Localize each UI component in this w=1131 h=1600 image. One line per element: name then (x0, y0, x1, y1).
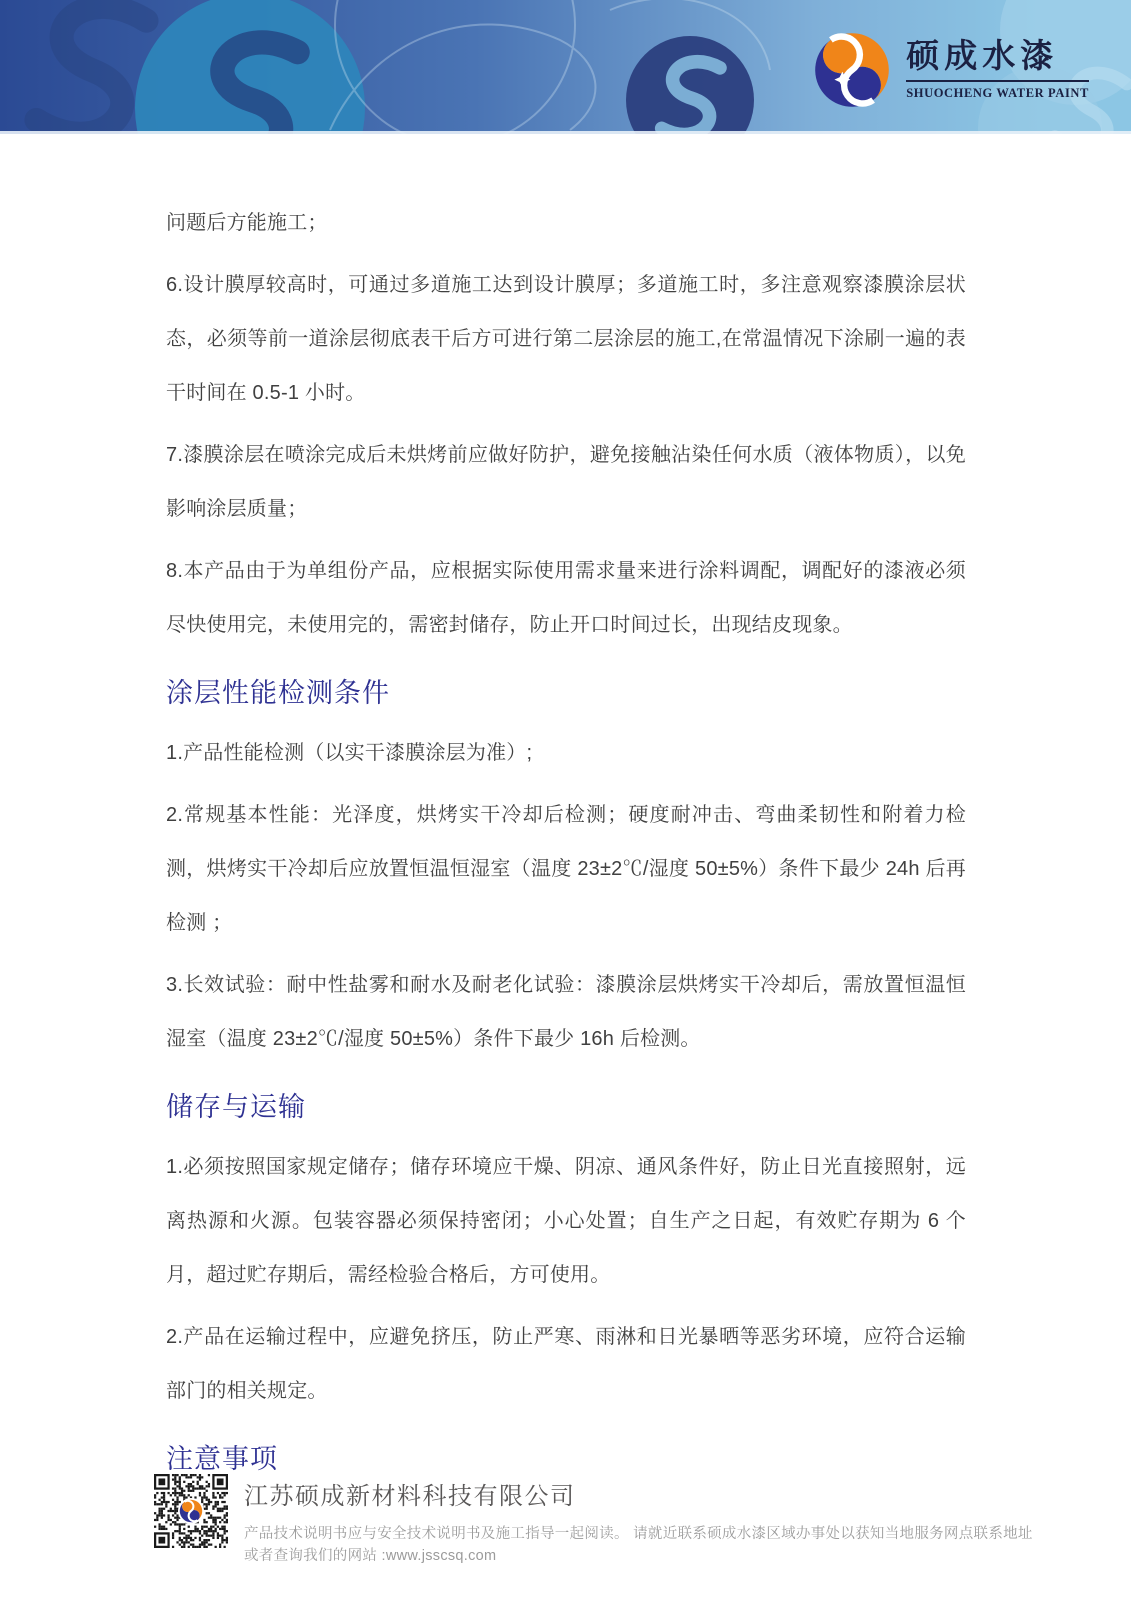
brand-name-en: SHUOCHENG WATER PAINT (906, 86, 1089, 101)
footer-note-line1: 产品技术说明书应与安全技术说明书及施工指导一起阅读。 请就近联系硕成水漆区域办事… (244, 1523, 1033, 1545)
intro-paragraph: 6.设计膜厚较高时，可通过多道施工达到设计膜厚；多道施工时，多注意观察漆膜涂层状… (166, 258, 966, 420)
document-footer: 江苏硕成新材料科技有限公司 产品技术说明书应与安全技术说明书及施工指导一起阅读。… (154, 1474, 1033, 1567)
footer-note-line2: 或者查询我们的网站 :www.jsscsq.com (244, 1545, 1033, 1567)
section-paragraph: 2.产品在运输过程中，应避免挤压，防止严寒、雨淋和日光暴晒等恶劣环境，应符合运输… (166, 1310, 966, 1418)
section-paragraph: 3.长效试验：耐中性盐雾和耐水及耐老化试验：漆膜涂层烘烤实干冷却后，需放置恒温恒… (166, 958, 966, 1066)
document-body: 问题后方能施工； 6.设计膜厚较高时，可通过多道施工达到设计膜厚；多道施工时，多… (166, 196, 966, 1492)
section-heading-precautions: 注意事项 (166, 1442, 966, 1476)
intro-paragraph: 问题后方能施工； (166, 196, 966, 250)
section-paragraph: 1.必须按照国家规定储存；储存环境应干燥、阴凉、通风条件好，防止日光直接照射，远… (166, 1140, 966, 1302)
intro-paragraph: 7.漆膜涂层在喷涂完成后未烘烤前应做好防护，避免接触沾染任何水质（液体物质），以… (166, 428, 966, 536)
qr-code-icon (154, 1474, 228, 1548)
section-paragraph: 2.常规基本性能：光泽度，烘烤实干冷却后检测；硬度耐冲击、弯曲柔韧性和附着力检测… (166, 788, 966, 950)
section-heading-storage-transport: 储存与运输 (166, 1090, 966, 1124)
brand-divider (906, 80, 1089, 82)
intro-paragraph: 8.本产品由于为单组份产品，应根据实际使用需求量来进行涂料调配，调配好的漆液必须… (166, 544, 966, 652)
section-paragraph: 1.产品性能检测（以实干漆膜涂层为准）; (166, 726, 966, 780)
company-name: 江苏硕成新材料科技有限公司 (244, 1476, 1033, 1511)
shuocheng-logo-icon (812, 30, 892, 110)
brand-name-cn: 硕成水漆 (906, 39, 1089, 77)
document-page: 硕成水漆 SHUOCHENG WATER PAINT 问题后方能施工； 6.设计… (0, 0, 1131, 1600)
header-banner: 硕成水漆 SHUOCHENG WATER PAINT (0, 0, 1131, 134)
brand-logo: 硕成水漆 SHUOCHENG WATER PAINT (812, 30, 1089, 110)
section-heading-coating-test-conditions: 涂层性能检测条件 (166, 676, 966, 710)
